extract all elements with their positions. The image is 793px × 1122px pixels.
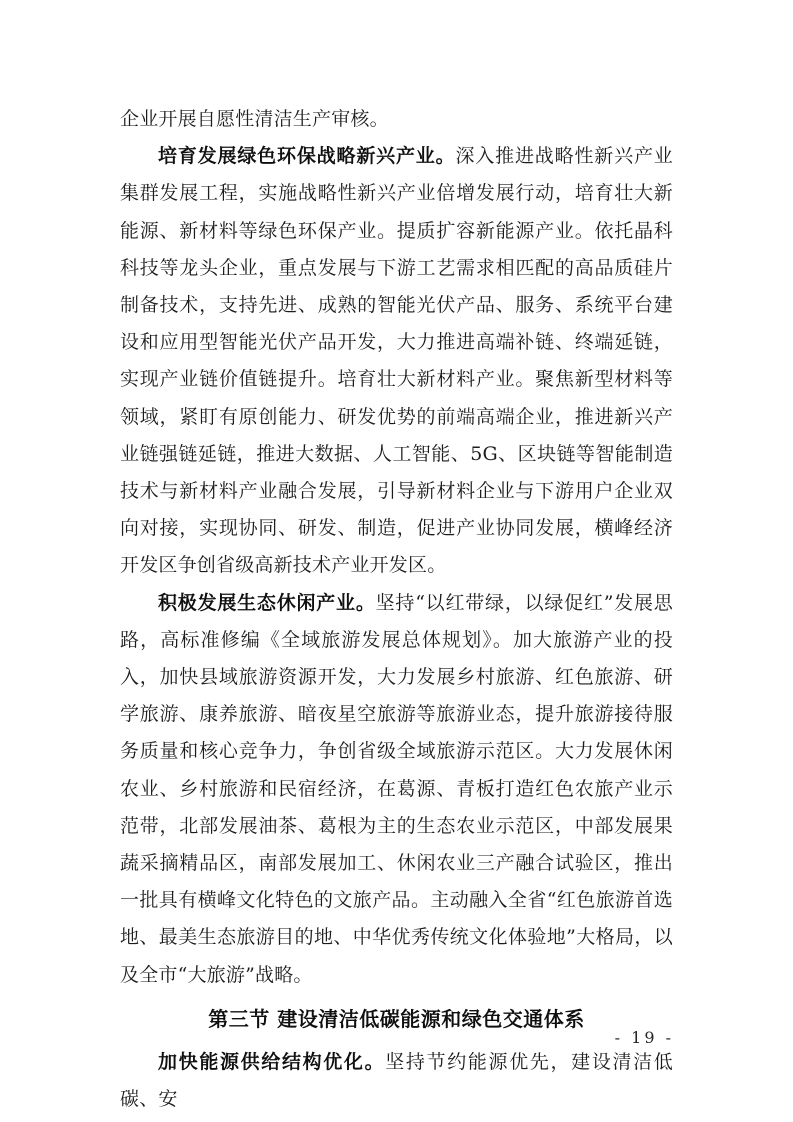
page-content: 企业开展自愿性清洁生产审核。 培育发展绿色环保战略新兴产业。深入推进战略性新兴产… bbox=[120, 101, 673, 1118]
paragraph-green-industry: 培育发展绿色环保战略新兴产业。深入推进战略性新兴产业集群发展工程，实施战略性新兴… bbox=[120, 138, 673, 584]
paragraph-eco-leisure: 积极发展生态休闲产业。坚持“以红带绿，以绿促红”发展思路，高标准修编《全域旅游发… bbox=[120, 585, 673, 994]
paragraph-lead: 培育发展绿色环保战略新兴产业。 bbox=[158, 145, 455, 167]
paragraph-text: 企业开展自愿性清洁生产审核。 bbox=[120, 108, 389, 130]
document-page: 企业开展自愿性清洁生产审核。 培育发展绿色环保战略新兴产业。深入推进战略性新兴产… bbox=[0, 0, 793, 1122]
section-heading: 第三节 建设清洁低碳能源和绿色交通体系 bbox=[120, 1001, 673, 1038]
paragraph-text: 深入推进战略性新兴产业集群发展工程，实施战略性新兴产业倍增发展行动，培育壮大新能… bbox=[120, 145, 673, 576]
paragraph-energy-supply: 加快能源供给结构优化。坚持节约能源优先，建设清洁低碳、安 bbox=[120, 1044, 673, 1118]
page-number: - 19 - bbox=[615, 1028, 674, 1048]
paragraph-lead: 加快能源供给结构优化。 bbox=[158, 1051, 385, 1073]
paragraph-continuation: 企业开展自愿性清洁生产审核。 bbox=[120, 101, 673, 138]
paragraph-lead: 积极发展生态休闲产业。 bbox=[158, 592, 376, 614]
paragraph-text: 坚持“以红带绿，以绿促红”发展思路，高标准修编《全域旅游发展总体规划》。加大旅游… bbox=[120, 592, 673, 986]
